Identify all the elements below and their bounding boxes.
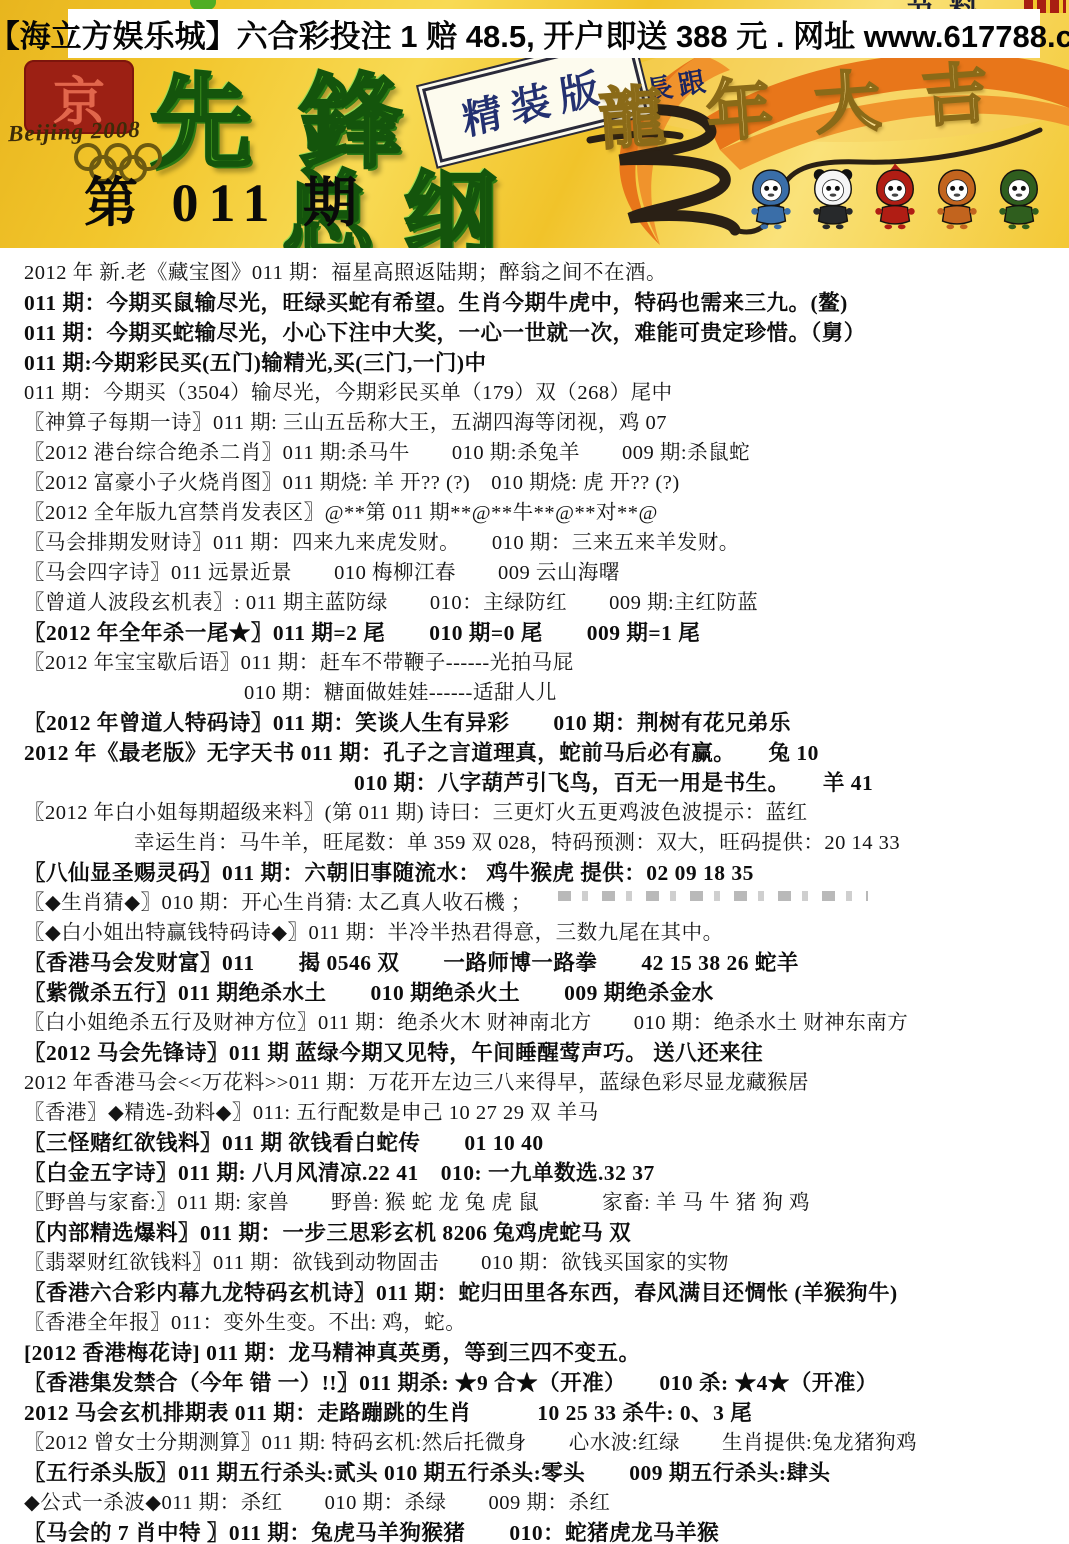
body-line: 〖2012 港台综合绝杀二肖〗011 期:杀马牛 010 期:杀兔羊 009 期… <box>24 438 1069 468</box>
body-line: 〖八仙显圣赐灵码〗011 期：六朝旧事随流水： 鸡牛猴虎 提供：02 09 18… <box>24 858 1069 888</box>
body-line: 〖曾道人波段玄机表〗: 011 期主蓝防绿 010：主绿防红 009 期:主红防… <box>24 588 1069 618</box>
body-line: 2012 马会玄机排期表 011 期：走路蹦跳的生肖 10 25 33 杀牛: … <box>24 1398 1069 1428</box>
body-line: 〖香港马会发财富〗011 揭 0546 双 一路师博一路拳 42 15 38 2… <box>24 948 1069 978</box>
fuwa-nini-green-mascot-icon <box>994 162 1044 237</box>
body-line: 〖◆生肖猜◆〗010 期：开心生肖猜: 太乙真人收石機 ； <box>24 888 1069 918</box>
body-line: 011 期：今期买鼠输尽光，旺绿买蛇有希望。生肖今期牛虎中，特码也需来三九。(鳌… <box>24 288 1069 318</box>
body-line: 〖2012 富豪小子火烧肖图〗011 期烧: 羊 开?? (?) 010 期烧:… <box>24 468 1069 498</box>
advertisement-banner-text: 【海立方娱乐城】六合彩投注 1 赔 48.5, 开户即送 388 元 . 网址 … <box>0 11 1069 56</box>
body-line: 〖白金五字诗〗011 期: 八月风清凉.22 41 010: 一九单数选.32 … <box>24 1158 1069 1188</box>
body-line: 〖紫微杀五行〗011 期绝杀水土 010 期绝杀火土 009 期绝杀金水 <box>24 978 1069 1008</box>
body-line: 〖马会排期发财诗〗011 期：四来九来虎发财。 010 期：三来五来羊发财。 <box>24 528 1069 558</box>
advertisement-banner[interactable]: 【海立方娱乐城】六合彩投注 1 赔 48.5, 开户即送 388 元 . 网址 … <box>68 9 1040 58</box>
lottery-tip-sheet-page: 节料 先鋒 总纲 精装版 長跟 龍年大吉 京 Beijing <box>0 0 1069 1544</box>
body-line: 〖香港全年报〗011：变外生变。不出: 鸡，蛇。 <box>24 1308 1069 1338</box>
body-line: 〖神算子每期一诗〗011 期: 三山五岳称大王，五湖四海等闭视，鸡 07 <box>24 408 1069 438</box>
fuwa-huanhuan-red-mascot-icon <box>870 162 920 237</box>
body-line: 011 期:今期彩民买(五门)输精光,买(三门,一门)中 <box>24 348 1069 378</box>
body-line: 〖白小姐绝杀五行及财神方位〗011 期：绝杀火木 财神南北方 010 期：绝杀水… <box>24 1008 1069 1038</box>
header-artwork: 节料 先鋒 总纲 精装版 長跟 龍年大吉 京 Beijing <box>0 0 1069 248</box>
body-line: 〖2012 年全年杀一尾★〗011 期=2 尾 010 期=0 尾 009 期=… <box>24 618 1069 648</box>
issue-number-label: 第 011 期 <box>84 160 367 237</box>
body-line: 010 期：八字葫芦引飞鸟，百无一用是书生。 羊 41 <box>24 768 1069 798</box>
body-line: 〖香港集发禁合（今年 错 一）!!〗011 期杀: ★9 合★（开准） 010 … <box>24 1368 1069 1398</box>
body-line: 〖2012 曾女士分期测算〗011 期: 特码玄机:然后托微身 心水波:红绿 生… <box>24 1428 1069 1458</box>
body-line: 011 期：今期买（3504）输尽光，今期彩民买单（179）双（268）尾中 <box>24 378 1069 408</box>
fuwa-mascots-row <box>746 162 1044 237</box>
fuwa-beibei-blue-mascot-icon <box>746 162 796 237</box>
body-line: 〖内部精选爆料〗011 期：一步三思彩玄机 8206 兔鸡虎蛇马 双 <box>24 1218 1069 1248</box>
erased-text-smudge <box>558 891 868 901</box>
body-line: 〖2012 年曾道人特码诗〗011 期：笑谈人生有异彩 010 期：荆树有花兄弟… <box>24 708 1069 738</box>
body-line: 〖香港六合彩内幕九龙特码玄机诗〗011 期：蛇归田里各东西，春风满目还惆怅 (羊… <box>24 1278 1069 1308</box>
body-line: 〖野兽与家畜:〗011 期: 家兽 野兽: 猴 蛇 龙 兔 虎 鼠 家畜: 羊 … <box>24 1188 1069 1218</box>
body-line: 2012 年 新.老《藏宝图》011 期：福星高照返陆期；醉翁之间不在酒。 <box>24 258 1069 288</box>
body-line: 〖香港〗◆精选-劲料◆〗011: 五行配数是申己 10 27 29 双 羊马 <box>24 1098 1069 1128</box>
body-line: 〖马会的 7 肖中特 〗011 期：兔虎马羊狗猴猪 010：蛇猪虎龙马羊猴 <box>24 1518 1069 1544</box>
body-line: 〖三怪赌红欲钱料〗011 期 欲钱看白蛇传 01 10 40 <box>24 1128 1069 1158</box>
body-line: 2012 年香港马会<<万花料>>011 期：万花开左边三八来得早，蓝绿色彩尽显… <box>24 1068 1069 1098</box>
body-line: 2012 年《最老版》无字天书 011 期：孔子之言道理真，蛇前马后必有赢。 兔… <box>24 738 1069 768</box>
body-line: 〖2012 年白小姐每期超级来料〗(第 011 期) 诗曰：三更灯火五更鸡波色波… <box>24 798 1069 828</box>
body-line: 011 期：今期买蛇输尽光，小心下注中大奖，一心一世就一次，难能可贵定珍惜。（舅… <box>24 318 1069 348</box>
body-line: 〖2012 年宝宝歇后语〗011 期：赶车不带鞭子------光拍马屁 <box>24 648 1069 678</box>
body-line: 〖马会四字诗〗011 远景近景 010 梅柳江春 009 云山海曙 <box>24 558 1069 588</box>
body-line: 〖2012 全年版九宫禁肖发表区〗@**第 011 期**@**牛**@**对*… <box>24 498 1069 528</box>
body-line: ◆公式一杀波◆011 期：杀红 010 期：杀绿 009 期：杀红 <box>24 1488 1069 1518</box>
body-line: 幸运生肖：马牛羊，旺尾数：单 359 双 028，特码预测：双大，旺码提供：20… <box>24 828 1069 858</box>
tips-text-body: 2012 年 新.老《藏宝图》011 期：福星高照返陆期；醉翁之间不在酒。011… <box>0 248 1069 1544</box>
fuwa-yingying-orange-mascot-icon <box>932 162 982 237</box>
body-line: 〖五行杀头版〗011 期五行杀头:贰头 010 期五行杀头:零头 009 期五行… <box>24 1458 1069 1488</box>
body-line: [2012 香港梅花诗] 011 期：龙马精神真英勇，等到三四不变五。 <box>24 1338 1069 1368</box>
body-line: 〖◆白小姐出特赢钱特码诗◆〗011 期：半冷半热君得意，三数九尾在其中。 <box>24 918 1069 948</box>
fuwa-jingjing-panda-mascot-icon <box>808 162 858 237</box>
body-line: 〖翡翠财红欲钱料〗011 期：欲钱到动物固击 010 期：欲钱买国家的实物 <box>24 1248 1069 1278</box>
body-line: 〖2012 马会先锋诗〗011 期 蓝绿今期又见特，午间睡醒莺声巧。 送八还来往 <box>24 1038 1069 1068</box>
body-line: 010 期：糖面做娃娃------适甜人儿 <box>24 678 1069 708</box>
